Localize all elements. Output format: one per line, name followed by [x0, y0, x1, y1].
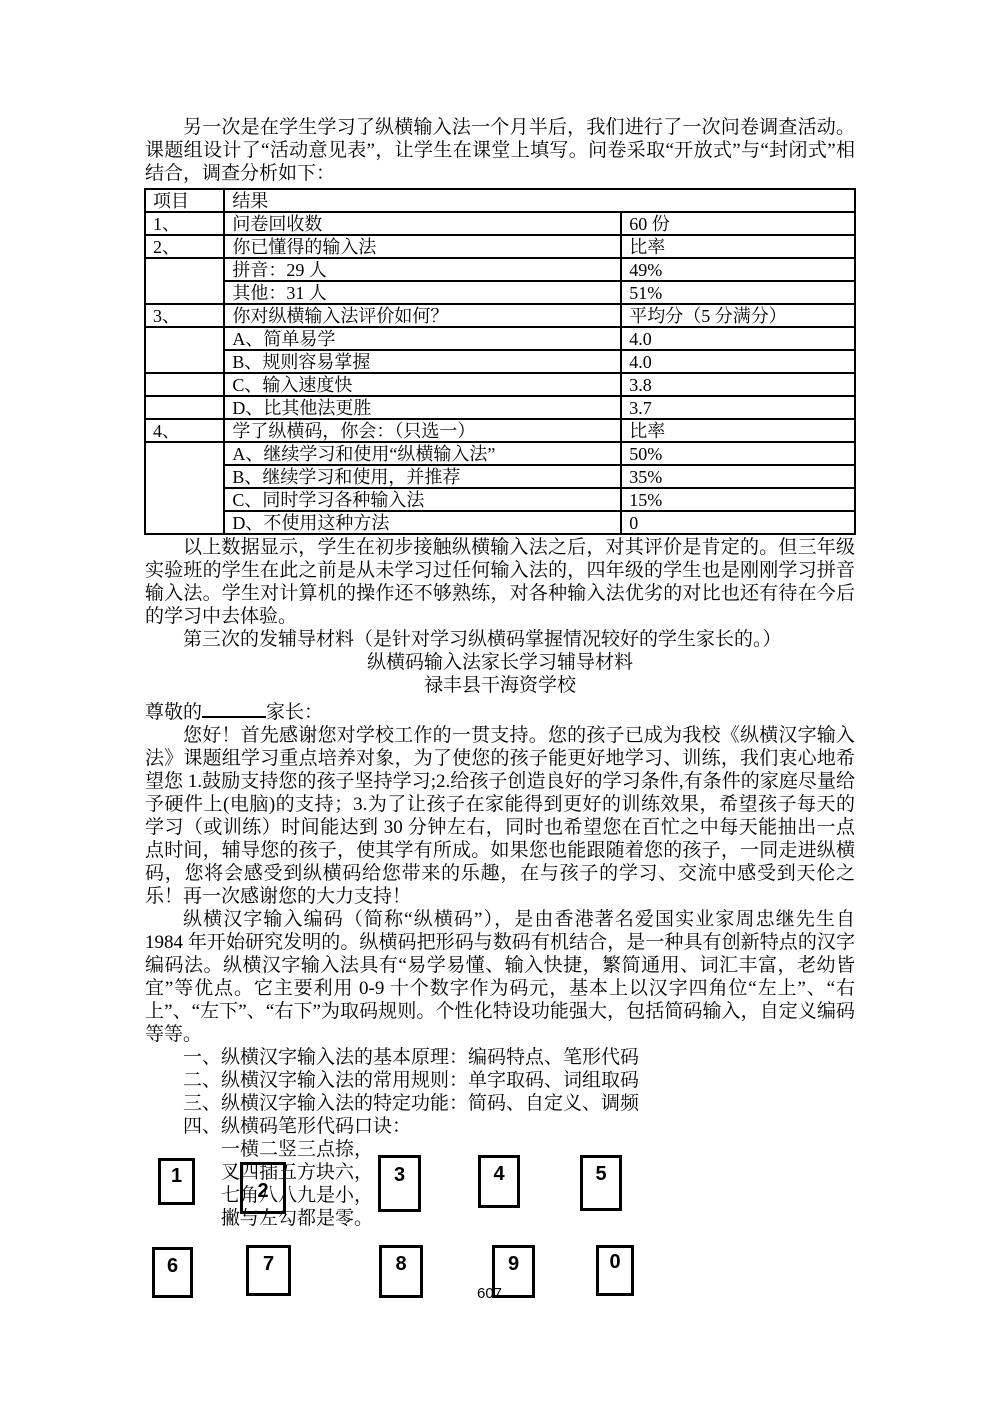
header-cell-result: 结果 [224, 189, 855, 212]
table-row: C、同时学习各种输入法 15% [145, 488, 855, 511]
cell-value: 比率 [621, 235, 855, 258]
digit-label: 6 [167, 1255, 178, 1277]
cell-item: C、输入速度快 [224, 373, 621, 396]
digit-label: 1 [171, 1165, 182, 1187]
cell-value: 60 份 [621, 212, 855, 235]
page-number: 607 [477, 1285, 502, 1302]
table-row: 拼音：29 人 49% [145, 258, 855, 281]
cell-item: B、规则容易掌握 [224, 350, 621, 373]
table-row: 4、 学了纵横码，你会：（只选一） 比率 [145, 419, 855, 442]
digit-label: 3 [394, 1164, 405, 1186]
cell-value: 3.8 [621, 373, 855, 396]
third-material-paragraph: 第三次的发辅导材料（是针对学习纵横码掌握情况较好的学生家长的。） [145, 628, 855, 651]
digit-box-3: 3 [378, 1155, 421, 1212]
table-row: D、比其他法更胜 3.7 [145, 396, 855, 419]
table-row: A、简单易学 4.0 [145, 327, 855, 350]
cell-item: 拼音：29 人 [224, 258, 621, 281]
cell-item: D、不使用这种方法 [224, 511, 621, 534]
cell-no: 4、 [145, 419, 224, 442]
salutation-prefix: 尊敬的 [145, 702, 202, 723]
digit-box-5: 5 [580, 1155, 622, 1211]
analysis-paragraph: 以上数据显示，学生在初步接触纵横输入法之后，对其评价是肯定的。但三年级实验班的学… [145, 536, 855, 628]
salutation-line: 尊敬的家长： [145, 697, 855, 724]
cell-value: 比率 [621, 419, 855, 442]
table-row: 2、 你已懂得的输入法 比率 [145, 235, 855, 258]
intro-paragraph: 另一次是在学生学习了纵横输入法一个月半后，我们进行了一次问卷调查活动。课题组设计… [145, 116, 855, 185]
cell-value: 4.0 [621, 327, 855, 350]
digit-box-6: 6 [152, 1247, 193, 1298]
digit-label: 7 [263, 1253, 274, 1275]
cell-item: C、同时学习各种输入法 [224, 488, 621, 511]
cell-value: 0 [621, 511, 855, 534]
table-row: D、不使用这种方法 0 [145, 511, 855, 534]
cell-item: 问卷回收数 [224, 212, 621, 235]
cell-no-empty [145, 327, 224, 373]
table-row: C、输入速度快 3.8 [145, 373, 855, 396]
table-header-row: 项目 结果 [145, 189, 855, 212]
cell-value: 3.7 [621, 396, 855, 419]
cell-no-empty [145, 373, 224, 396]
cell-no-empty [145, 258, 224, 304]
outline-item-3: 三、纵横汉字输入法的特定功能：简码、自定义、调频 [145, 1092, 855, 1115]
cell-item: 其他：31 人 [224, 281, 621, 304]
cell-item: A、继续学习和使用“纵横输入法” [224, 442, 621, 465]
cell-no: 1、 [145, 212, 224, 235]
cell-value: 51% [621, 281, 855, 304]
outline-item-2: 二、纵横汉字输入法的常用规则：单字取码、词组取码 [145, 1069, 855, 1092]
cell-item: A、简单易学 [224, 327, 621, 350]
digit-box-4: 4 [478, 1155, 520, 1208]
cell-no: 2、 [145, 235, 224, 258]
table-row: 1、 问卷回收数 60 份 [145, 212, 855, 235]
digit-label: 8 [395, 1253, 406, 1275]
document-page: 另一次是在学生学习了纵横输入法一个月半后，我们进行了一次问卷调查活动。课题组设计… [0, 0, 992, 1403]
salutation-suffix: 家长： [266, 702, 323, 723]
digit-label: 9 [508, 1253, 519, 1275]
cell-value: 平均分（5 分满分） [621, 304, 855, 327]
digit-label: 2 [257, 1180, 268, 1202]
digit-box-7: 7 [246, 1245, 291, 1296]
cell-item: D、比其他法更胜 [224, 396, 621, 419]
about-paragraph: 纵横汉字输入编码（简称“纵横码”），是由香港著名爱国实业家周忠继先生自 1984… [145, 908, 855, 1046]
outline-item-1: 一、纵横汉字输入法的基本原理：编码特点、笔形代码 [145, 1046, 855, 1069]
cell-value: 35% [621, 465, 855, 488]
cell-item: 你对纵横输入法评价如何？ [224, 304, 621, 327]
table-row: 3、 你对纵横输入法评价如何？ 平均分（5 分满分） [145, 304, 855, 327]
name-blank-line [202, 697, 266, 718]
cell-item: 你已懂得的输入法 [224, 235, 621, 258]
digit-label: 0 [609, 1251, 620, 1273]
cell-no-empty [145, 396, 224, 419]
header-cell-item: 项目 [145, 189, 224, 212]
cell-no-empty [145, 442, 224, 534]
table-row: 其他：31 人 51% [145, 281, 855, 304]
page-content: 另一次是在学生学习了纵横输入法一个月半后，我们进行了一次问卷调查活动。课题组设计… [145, 116, 855, 1230]
school-name: 禄丰县干海资学校 [145, 674, 855, 697]
table-row: B、继续学习和使用，并推荐 35% [145, 465, 855, 488]
digit-box-1: 1 [158, 1158, 195, 1205]
table-row: B、规则容易掌握 4.0 [145, 350, 855, 373]
digit-box-2: 2 [240, 1162, 286, 1214]
material-title: 纵横码输入法家长学习辅导材料 [145, 651, 855, 674]
survey-results-table: 项目 结果 1、 问卷回收数 60 份 2、 你已懂得的输入法 比率 拼音：29… [144, 188, 856, 535]
cell-item: 学了纵横码，你会：（只选一） [224, 419, 621, 442]
cell-item: B、继续学习和使用，并推荐 [224, 465, 621, 488]
letter-paragraph: 您好！首先感谢您对学校工作的一贯支持。您的孩子已成为我校《纵横汉字输入法》课题组… [145, 724, 855, 908]
digit-box-0: 0 [596, 1245, 634, 1296]
cell-value: 49% [621, 258, 855, 281]
digit-label: 5 [595, 1163, 606, 1185]
table-row: A、继续学习和使用“纵横输入法” 50% [145, 442, 855, 465]
digit-box-8: 8 [379, 1245, 423, 1298]
cell-value: 4.0 [621, 350, 855, 373]
outline-item-4: 四、纵横码笔形代码口诀： [145, 1115, 855, 1138]
cell-value: 50% [621, 442, 855, 465]
digit-label: 4 [493, 1163, 504, 1185]
cell-value: 15% [621, 488, 855, 511]
cell-no: 3、 [145, 304, 224, 327]
